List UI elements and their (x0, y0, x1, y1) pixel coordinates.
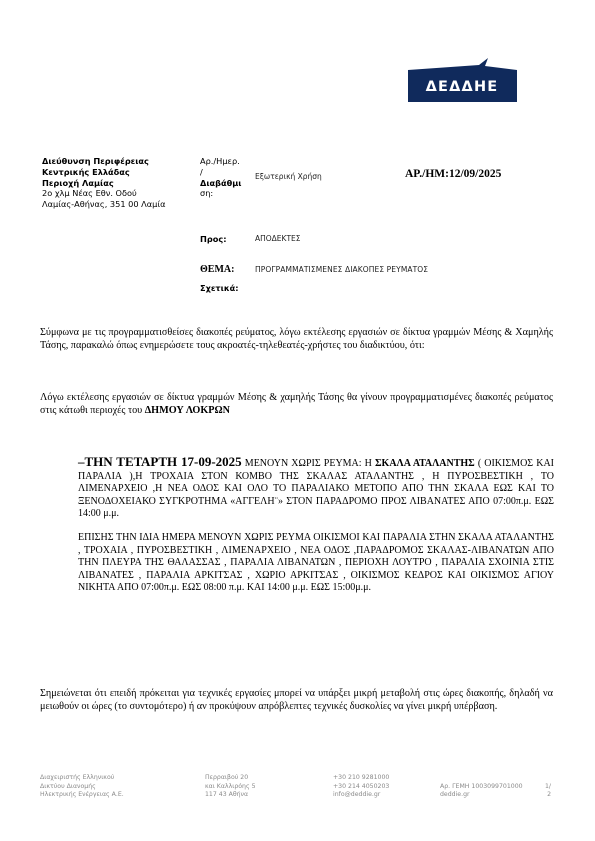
sender-line: Περιοχή Λαμίας (42, 178, 166, 189)
footer-line: Δικτύου Διανομής (40, 783, 124, 792)
intro-paragraph: Σύμφωνα με τις προγραμματισθείσες διακοπ… (40, 327, 553, 352)
footer-website[interactable]: deddie.gr (440, 791, 523, 800)
footer-line: Ηλεκτρικής Ενέργειας Α.Ε. (40, 791, 124, 800)
classification-value: Εξωτερική Χρήση (255, 172, 322, 181)
reference-label: Αρ./Ημερ. / Διαβάθμι ση: (200, 156, 252, 199)
footer-line (545, 774, 551, 783)
outage-date: –ΤΗΝ ΤΕΤΑΡΤΗ 17-09-2025 (78, 454, 242, 469)
recipient-label: Προς: (200, 234, 226, 244)
deddie-logo: ΔΕΔΔΗΕ (405, 53, 520, 103)
footer-email[interactable]: info@deddie.gr (333, 791, 389, 800)
footer-contact: +30 210 9281000 +30 214 4050203 info@ded… (333, 774, 389, 800)
svg-text:ΔΕΔΔΗΕ: ΔΕΔΔΗΕ (426, 79, 499, 95)
footer-company: Διαχειριστής Ελληνικού Δικτύου Διανομής … (40, 774, 124, 800)
outage-place: ΣΚΑΛΑ ΑΤΑΛΑΝΤΗΣ (375, 458, 475, 469)
footer-registry: Αρ. ΓΕΜΗ 1003099701000 deddie.gr (440, 774, 523, 800)
sender-line: Λαμίας-Αθήνας, 351 00 Λαμία (42, 199, 166, 210)
outage-text: ΜΕΝΟΥΝ ΧΩΡΙΣ ΡΕΥΜΑ: Η (242, 458, 375, 469)
reference-number: ΑΡ./ΗΜ:12/09/2025 (405, 168, 501, 180)
footer-line: Διαχειριστής Ελληνικού (40, 774, 124, 783)
page-current: 1/ (545, 783, 551, 792)
footer-line: 117 43 Αθήνα (205, 791, 256, 800)
footer-phone: +30 214 4050203 (333, 783, 389, 792)
subject-label: ΘΕΜΑ: (200, 264, 234, 275)
footer-line: και Καλλιρόης 5 (205, 783, 256, 792)
announcement-paragraph: Λόγω εκτέλεσης εργασιών σε δίκτυα γραμμώ… (40, 392, 553, 417)
announcement-text: Λόγω εκτέλεσης εργασιών σε δίκτυα γραμμώ… (40, 392, 553, 416)
label-line: / (200, 167, 252, 178)
footer-phone: +30 210 9281000 (333, 774, 389, 783)
outage-section-1: –ΤΗΝ ΤΕΤΑΡΤΗ 17-09-2025 ΜΕΝΟΥΝ ΧΩΡΙΣ ΡΕΥ… (78, 456, 554, 521)
sender-line: Διεύθυνση Περιφέρειας (42, 156, 166, 167)
related-label: Σχετικά: (200, 283, 239, 293)
label-line: Διαβάθμι (200, 178, 252, 189)
sender-line: Κεντρικής Ελλάδας (42, 167, 166, 178)
page-total: 2 (545, 791, 551, 800)
footer-page-number: 1/ 2 (545, 774, 551, 800)
sender-line: 2ο χλμ Νέας Εθν. Οδού (42, 188, 166, 199)
label-line: Αρ./Ημερ. (200, 156, 252, 167)
outage-section-2: ΕΠΙΣΗΣ ΤΗΝ ΙΔΙΑ ΗΜΕΡΑ ΜΕΝΟΥΝ ΧΩΡΙΣ ΡΕΥΜΑ… (78, 532, 554, 595)
footer-registry-number: Αρ. ΓΕΜΗ 1003099701000 (440, 783, 523, 792)
note-paragraph: Σημειώνεται ότι επειδή πρόκειται για τεχ… (40, 688, 553, 713)
recipient-value: ΑΠΟΔΕΚΤΕΣ (255, 234, 301, 243)
footer-line (440, 774, 523, 783)
footer-address: Περραιβού 20 και Καλλιρόης 5 117 43 Αθήν… (205, 774, 256, 800)
footer-line: Περραιβού 20 (205, 774, 256, 783)
logo-shape: ΔΕΔΔΗΕ (405, 53, 520, 103)
sender-address: Διεύθυνση Περιφέρειας Κεντρικής Ελλάδας … (42, 156, 166, 210)
municipality-name: ΔΗΜΟΥ ΛΟΚΡΩΝ (145, 405, 230, 416)
subject-value: ΠΡΟΓΡΑΜΜΑΤΙΣΜΕΝΕΣ ΔΙΑΚΟΠΕΣ ΡΕΥΜΑΤΟΣ (255, 265, 428, 274)
label-line: ση: (200, 188, 252, 199)
